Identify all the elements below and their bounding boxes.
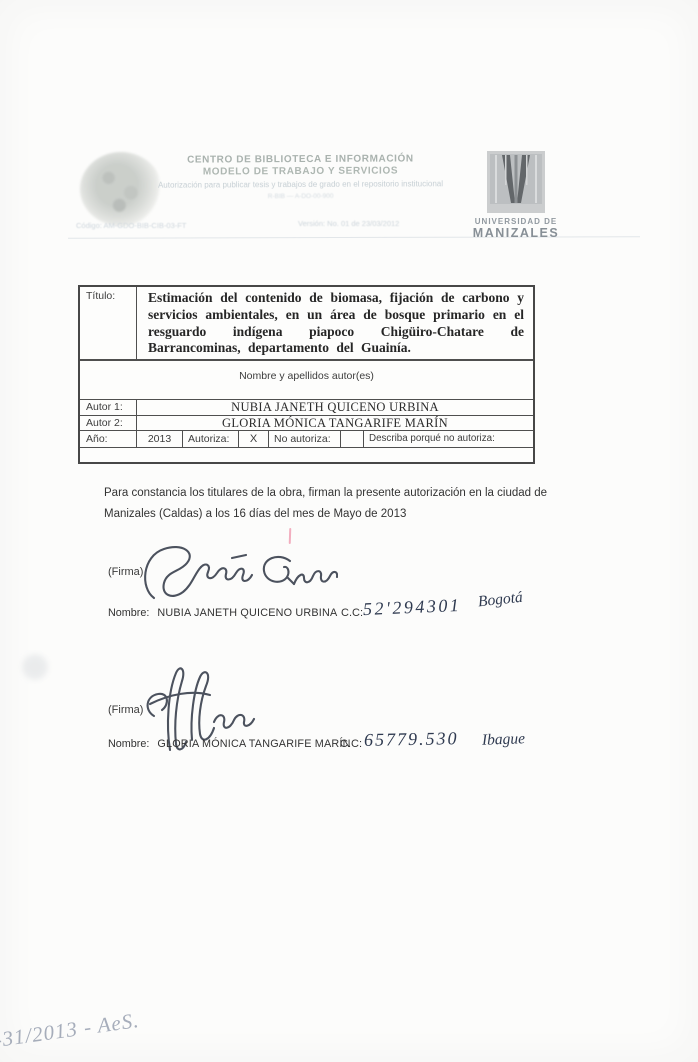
form-code: Código: AM-GDO-BIB-CIB-03-FT: [76, 221, 186, 230]
no-autoriza-label: No autoriza:: [269, 431, 341, 447]
header-resolution-line: R-BIB — A-DO-00-900: [128, 192, 473, 201]
autor1-label: Autor 1:: [80, 400, 137, 415]
titulo-label: Título:: [80, 287, 137, 359]
empty-row: [80, 447, 533, 462]
form-header: CENTRO DE BIBLIOTECA E INFORMACIÓN MODEL…: [128, 153, 473, 201]
titulo-row: Título: Estimación del contenido de biom…: [80, 287, 533, 359]
no-autoriza-checkbox-value: [341, 431, 364, 447]
autores-header-label: Nombre y apellidos autor(es): [239, 370, 374, 399]
cc1-handwritten-number: 52'294301: [363, 595, 462, 620]
constancia-statement: Para constancia los titulares de la obra…: [104, 483, 556, 524]
logo-text-line1: UNIVERSIDAD DE: [464, 217, 568, 226]
autor1-name: NUBIA JANETH QUICENO URBINA: [137, 400, 533, 415]
titulo-value: Estimación del contenido de biomasa, fij…: [137, 287, 533, 359]
cc1-label: C.C:: [341, 607, 363, 619]
anio-row: Año: 2013 Autoriza: X No autoriza: Descr…: [80, 430, 533, 447]
cc2-handwritten-number: 65779.530: [364, 728, 459, 751]
header-subtitle: Autorización para publicar tesis y traba…: [128, 179, 473, 191]
scan-smudge: [18, 652, 52, 682]
authorization-table: Título: Estimación del contenido de biom…: [78, 285, 535, 464]
author1-printed-name: NUBIA JANETH QUICENO URBINA: [157, 607, 337, 619]
describa-label: Describa porqué no autoriza:: [364, 431, 533, 447]
autor2-label: Autor 2:: [80, 416, 137, 430]
universidad-manizales-logo: UNIVERSIDAD DE MANIZALES: [464, 151, 568, 240]
autores-header-row: Nombre y apellidos autor(es): [80, 359, 533, 399]
cc2-label: C.C:: [340, 738, 362, 750]
anio-label: Año:: [80, 431, 137, 447]
cc1-handwritten-city: Bogotá: [477, 589, 523, 612]
universidad-manizales-emblem-icon: [487, 151, 545, 213]
cc2-handwritten-city: Ibague: [482, 730, 526, 749]
nombre1-label: Nombre:: [108, 607, 149, 619]
header-title-line2: MODELO DE TRABAJO Y SERVICIOS: [128, 165, 473, 178]
autor1-row: Autor 1: NUBIA JANETH QUICENO URBINA: [80, 399, 533, 415]
scanned-authorization-form: CENTRO DE BIBLIOTECA E INFORMACIÓN MODEL…: [0, 0, 698, 1062]
header-title-line1: CENTRO DE BIBLIOTECA E INFORMACIÓN: [128, 153, 473, 166]
author2-printed-name: GLORIA MÓNICA TANGARIFE MARÍN: [157, 738, 350, 750]
nombre-row-1: Nombre:NUBIA JANETH QUICENO URBINA: [108, 607, 337, 619]
nombre2-label: Nombre:: [108, 738, 149, 750]
autoriza-label: Autoriza:: [183, 431, 239, 447]
autoriza-checkbox-value: X: [239, 431, 269, 447]
nombre-row-2: Nombre:GLORIA MÓNICA TANGARIFE MARÍN: [108, 738, 351, 750]
signature-1-handwriting: [138, 540, 338, 605]
autor2-name: GLORIA MÓNICA TANGARIFE MARÍN: [137, 416, 533, 430]
pencil-filing-note: -31/2013 - AeS.: [0, 1008, 141, 1053]
anio-value: 2013: [137, 431, 183, 447]
form-version: Versión: No. 01 de 23/03/2012: [298, 219, 399, 228]
logo-text-line2: MANIZALES: [464, 226, 568, 240]
autor2-row: Autor 2: GLORIA MÓNICA TANGARIFE MARÍN: [80, 415, 533, 430]
